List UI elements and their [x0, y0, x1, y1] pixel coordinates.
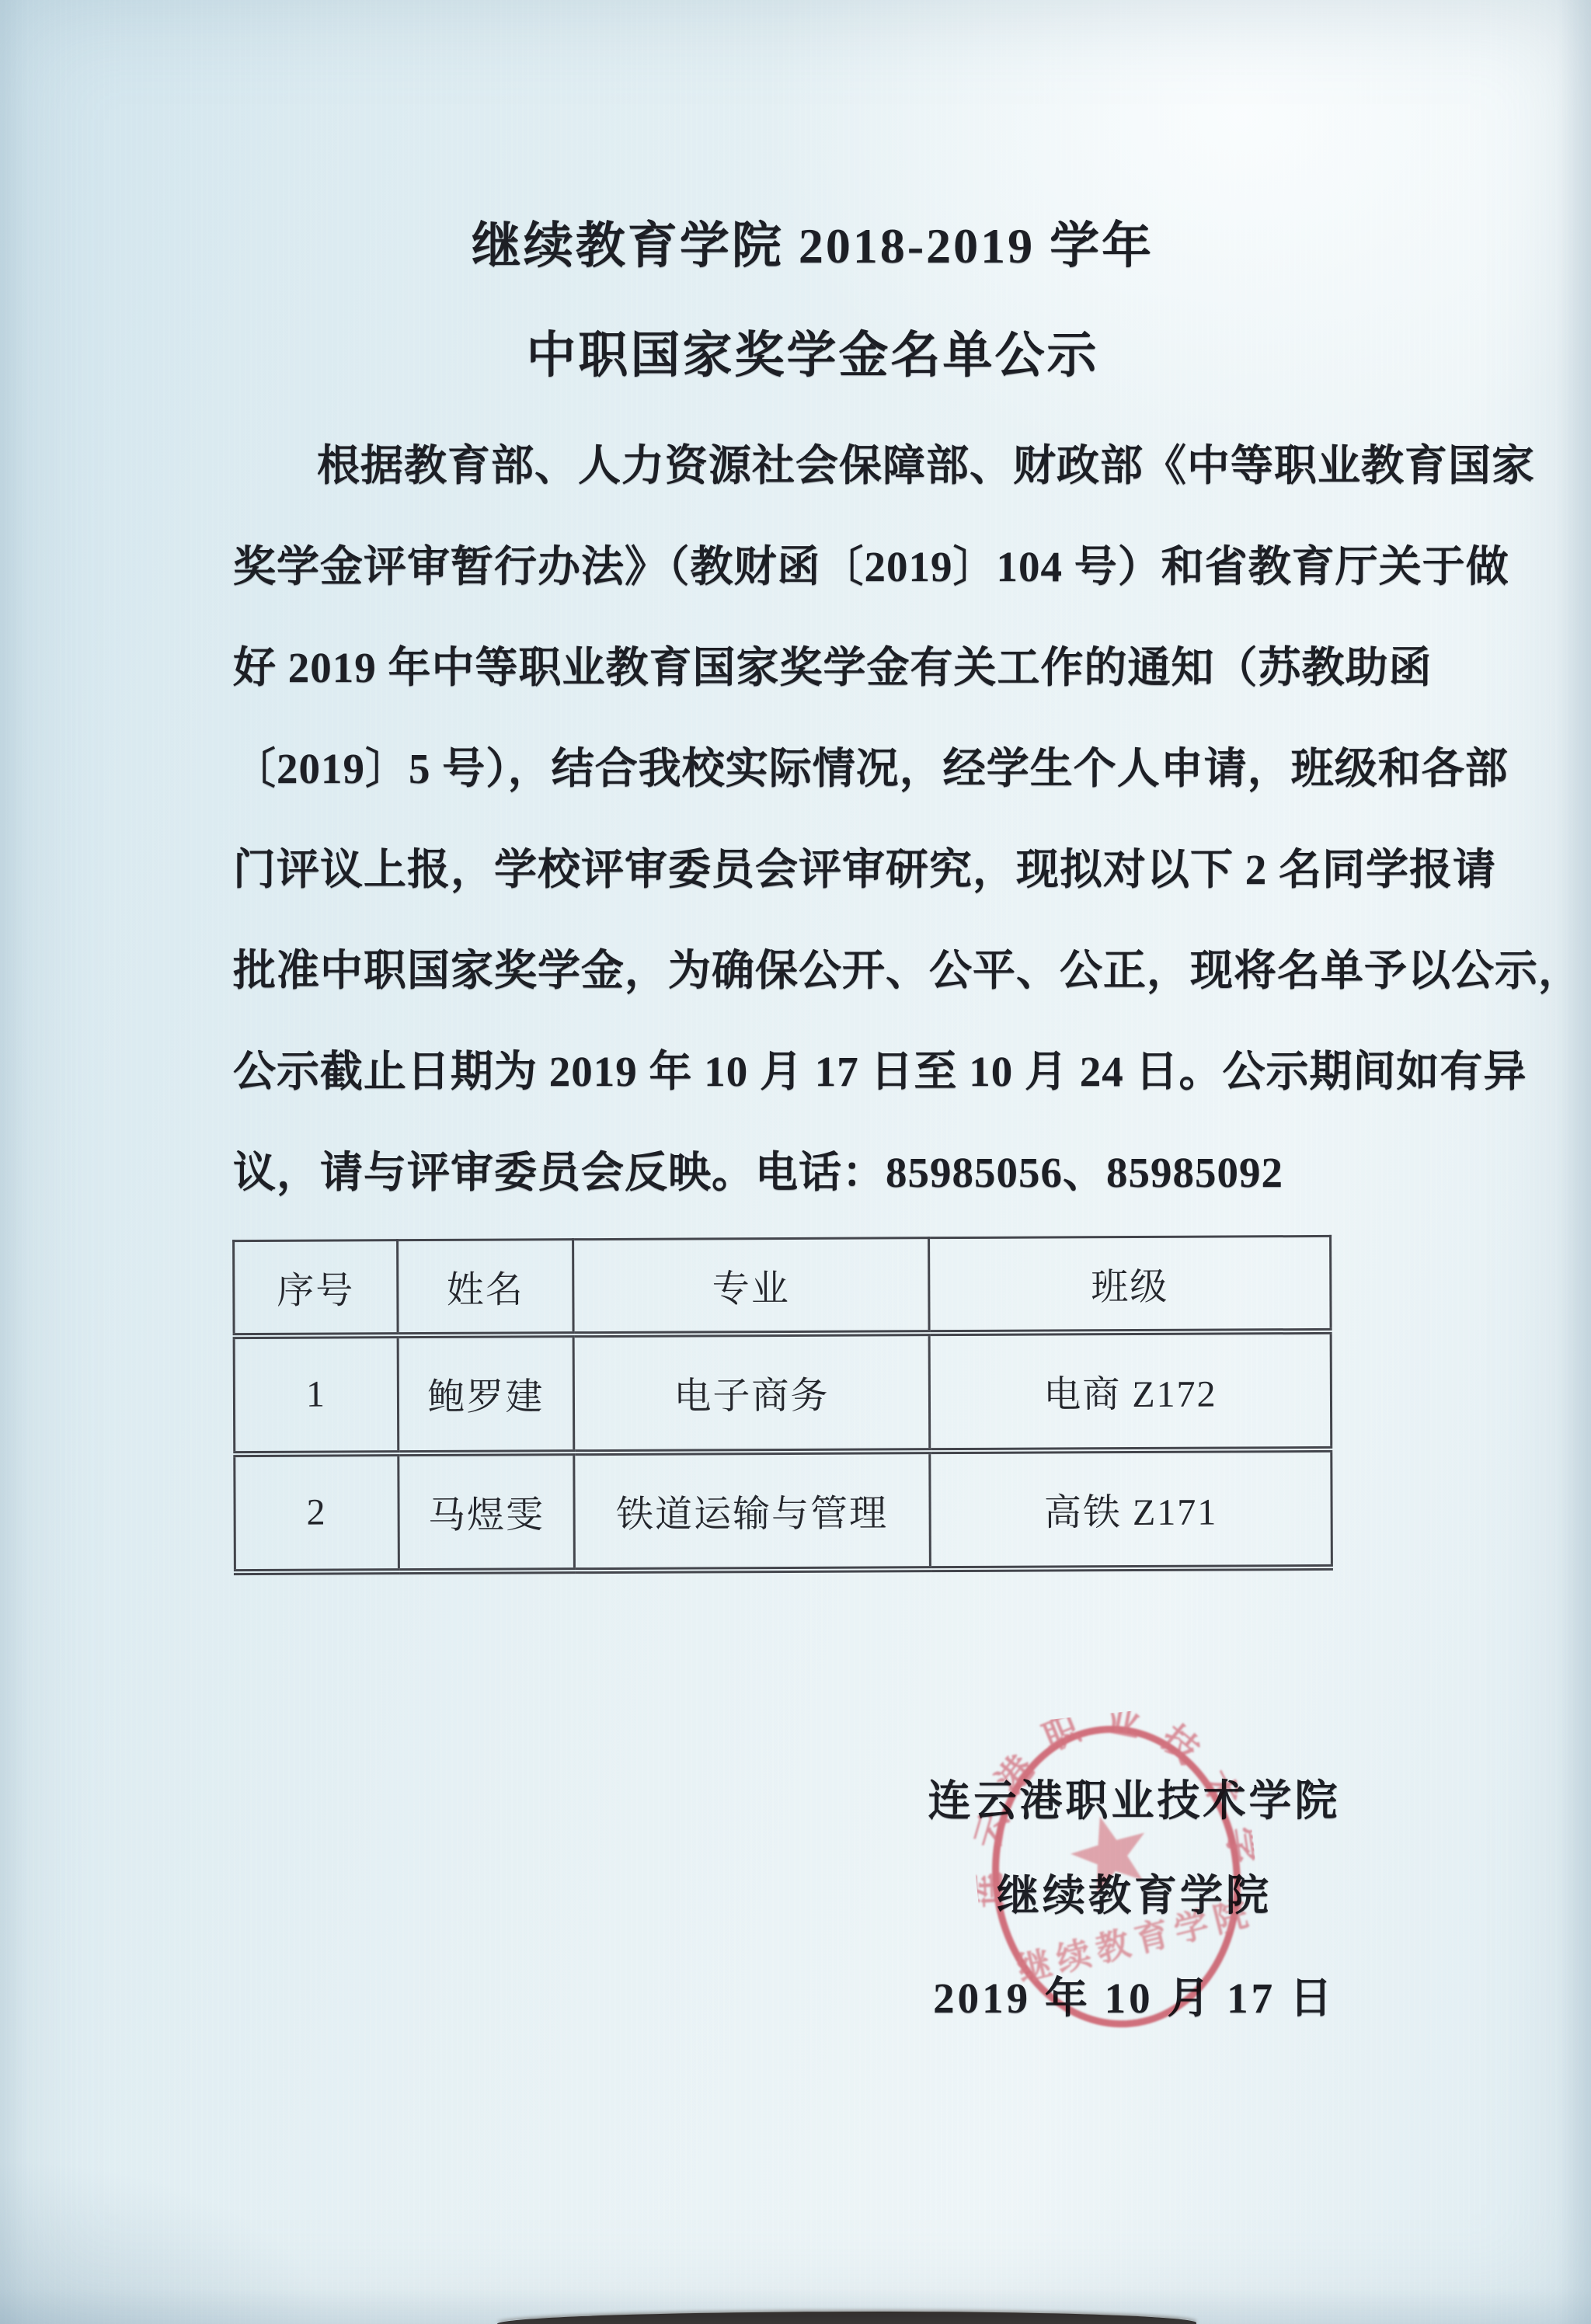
- paragraph-line-6: 批准中职国家奖学金，为确保公开、公平、公正，现将名单予以公示，: [233, 945, 1582, 997]
- paragraph-line-7: 公示截止日期为 2019 年 10 月 17 日至 10 月 24 日。公示期间…: [233, 1045, 1527, 1098]
- official-red-seal: 连云港职业技术学院 继续教育学院: [960, 1700, 1272, 2053]
- title-line-2: 中职国家奖学金名单公示: [0, 328, 1591, 384]
- cell-class: 电商 Z172: [929, 1331, 1332, 1450]
- table-row: 2 马煜雯 铁道运输与管理 高铁 Z171: [235, 1449, 1332, 1571]
- paragraph-line-1: 根据教育部、人力资源社会保障部、财政部《中等职业教育国家: [233, 440, 1535, 492]
- paragraph-line-2: 奖学金评审暂行办法》（教财函〔2019〕104 号）和省教育厅关于做: [233, 541, 1509, 593]
- cell-major: 电子商务: [573, 1333, 930, 1452]
- cell-name: 鲍罗建: [398, 1334, 574, 1453]
- photo-background-edge: [497, 2312, 1196, 2324]
- col-header-major: 专业: [573, 1238, 930, 1334]
- paragraph-line-8: 议，请与评审委员会反映。电话：85985056、85985092: [233, 1146, 1283, 1199]
- title-line-1: 继续教育学院 2018-2019 学年: [0, 218, 1591, 274]
- col-header-class: 班级: [929, 1236, 1332, 1332]
- seal-inner-text: 继续教育学院: [1014, 1894, 1259, 1989]
- cell-name: 马煜雯: [399, 1452, 575, 1571]
- cell-major: 铁道运输与管理: [574, 1451, 931, 1571]
- col-header-name: 姓名: [398, 1240, 574, 1335]
- award-list-table: 序号 姓名 专业 班级 1 鲍罗建 电子商务 电商 Z172 2 马煜雯 铁道运…: [232, 1235, 1333, 1575]
- seal-star-icon: [1067, 1812, 1151, 1896]
- seal-arc-text-path: 连云港职业技术学院: [960, 1700, 1267, 1915]
- paragraph-line-3: 好 2019 年中等职业教育国家奖学金有关工作的通知（苏教助函: [233, 642, 1433, 694]
- cell-index: 1: [234, 1335, 399, 1454]
- paragraph-line-5: 门评议上报，学校评审委员会评审研究，现拟对以下 2 名同学报请: [233, 844, 1496, 896]
- seal-arc-text: 连云港职业技术学院: [960, 1700, 1267, 1915]
- cell-class: 高铁 Z171: [930, 1449, 1332, 1568]
- cell-index: 2: [235, 1453, 399, 1572]
- scanned-notice-page: 继续教育学院 2018-2019 学年 中职国家奖学金名单公示 根据教育部、人力…: [0, 0, 1591, 2324]
- col-header-index: 序号: [234, 1240, 399, 1336]
- table-header-row: 序号 姓名 专业 班级: [234, 1236, 1332, 1335]
- table-row: 1 鲍罗建 电子商务 电商 Z172: [234, 1331, 1332, 1453]
- paragraph-line-4: 〔2019〕5 号），结合我校实际情况，经学生个人申请，班级和各部: [233, 743, 1509, 795]
